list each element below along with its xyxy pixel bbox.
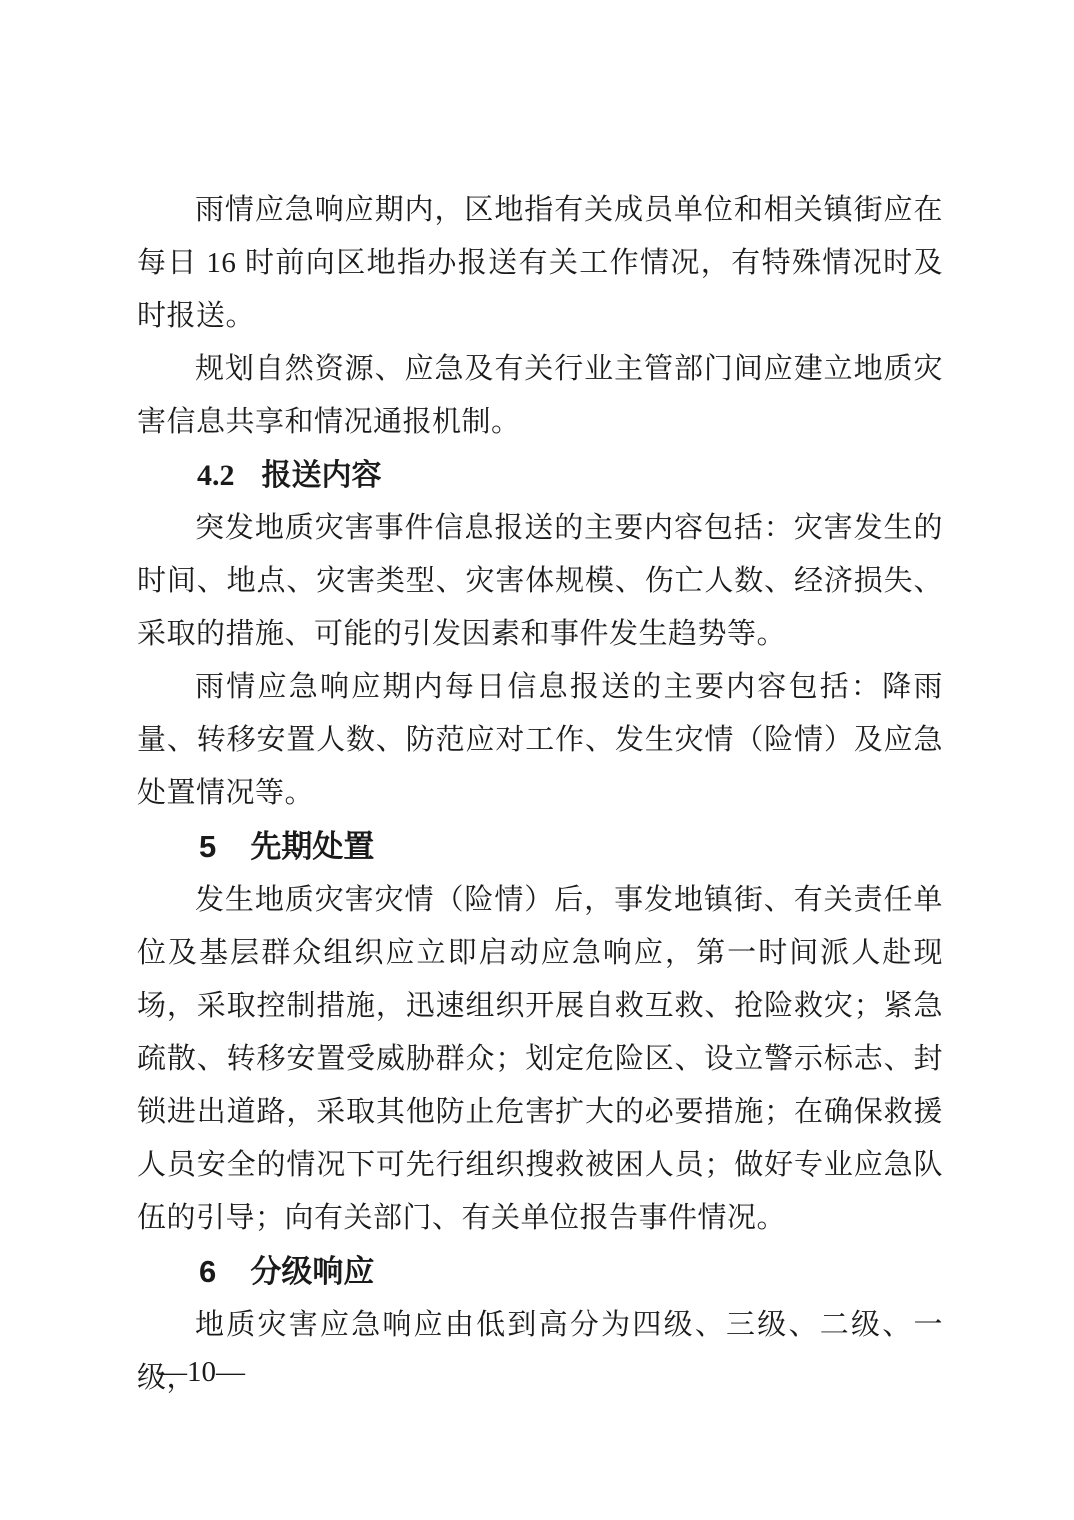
paragraph-rain-reporting-schedule: 雨情应急响应期内，区地指有关成员单位和相关镇街应在每日 16 时前向区地指办报送… — [137, 184, 943, 343]
page-content: 雨情应急响应期内，区地指有关成员单位和相关镇街应在每日 16 时前向区地指办报送… — [137, 184, 943, 1405]
heading-number: 6 — [199, 1254, 216, 1289]
heading-5-initial-disposal: 5先期处置 — [137, 820, 943, 874]
heading-title: 报送内容 — [262, 459, 382, 492]
heading-4-2-report-content: 4.2报送内容 — [137, 449, 943, 502]
paragraph-info-sharing-mechanism: 规划自然资源、应急及有关行业主管部门间应建立地质灾害信息共享和情况通报机制。 — [137, 343, 943, 449]
heading-title: 先期处置 — [250, 829, 374, 864]
heading-title: 分级响应 — [250, 1254, 374, 1289]
paragraph-daily-report-content: 雨情应急响应期内每日信息报送的主要内容包括：降雨量、转移安置人数、防范应对工作、… — [137, 661, 943, 820]
heading-number: 5 — [199, 829, 216, 864]
document-page: 雨情应急响应期内，区地指有关成员单位和相关镇街应在每日 16 时前向区地指办报送… — [0, 0, 1074, 1520]
paragraph-incident-report-content: 突发地质灾害事件信息报送的主要内容包括：灾害发生的时间、地点、灾害类型、灾害体规… — [137, 502, 943, 661]
page-number: —10— — [158, 1352, 245, 1392]
paragraph-initial-response: 发生地质灾害灾情（险情）后，事发地镇街、有关责任单位及基层群众组织应立即启动应急… — [137, 874, 943, 1245]
heading-6-graded-response: 6分级响应 — [137, 1245, 943, 1299]
paragraph-response-levels-intro: 地质灾害应急响应由低到高分为四级、三级、二级、一级， — [137, 1299, 943, 1405]
heading-number: 4.2 — [197, 459, 235, 492]
